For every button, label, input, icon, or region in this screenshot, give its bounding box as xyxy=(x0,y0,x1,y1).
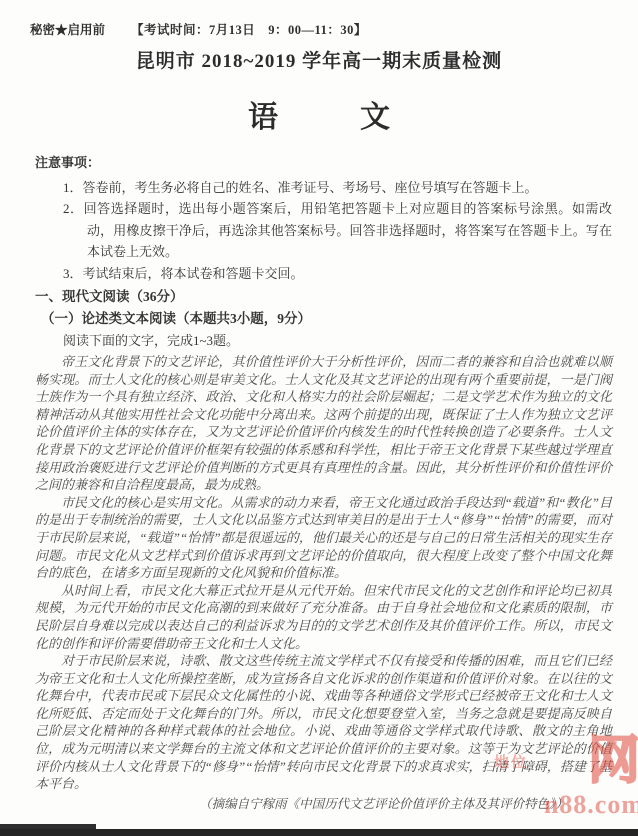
reading-instruction: 阅读下面的文字，完成1~3题。 xyxy=(35,330,612,351)
exam-time-label: 【考试时间：7月13日 9：00—11：30】 xyxy=(131,23,367,37)
notices-block: 注意事项： 1．答卷前，考生务必将自己的姓名、准考证号、考场号、座位号填写在答题… xyxy=(35,152,612,284)
subject-title: 语 文 xyxy=(0,92,638,136)
subsection-heading: （一）论述类文本阅读（本题共3小题，9分） xyxy=(35,308,612,330)
classification-label: 秘密★启用前 xyxy=(30,23,105,37)
page-title: 昆明市 2018~2019 学年高一期末质量检测 xyxy=(0,46,638,73)
reading-section: 一、现代文阅读（36分） （一）论述类文本阅读（本题共3小题，9分） 阅读下面的… xyxy=(35,286,612,812)
passage-paragraph-4: 对于市民阶层来说，诗歌、散文这些传统主流文学样式不仅有接受和传播的困难，而且它们… xyxy=(35,652,612,793)
passage-paragraph-2: 市民文化的核心是实用文化。从需求的动力来看，帝王文化通过政治手段达到“载道”和“… xyxy=(35,494,612,582)
notices-heading: 注意事项： xyxy=(35,152,612,174)
header-meta-row: 秘密★启用前【考试时间：7月13日 9：00—11：30】 xyxy=(30,20,618,38)
notice-item-2: 2．回答选择题时，选出每小题答案后，用铅笔把答题卡上对应题目的答案标号涂黑。如需… xyxy=(35,198,612,263)
scan-edge-bar xyxy=(0,829,638,836)
notice-item-3: 3．考试结束后，将本试卷和答题卡交回。 xyxy=(35,263,612,285)
section-heading: 一、现代文阅读（36分） xyxy=(35,286,612,308)
passage-paragraph-1: 帝王文化背景下的文艺评论，其价值性评价大于分析性评价，因而二者的兼容和自洽也就难… xyxy=(35,353,612,494)
passage-body: 帝王文化背景下的文艺评论，其价值性评价大于分析性评价，因而二者的兼容和自洽也就难… xyxy=(35,353,612,812)
passage-attribution: （摘编自宁稼雨《中国历代文艺评论价值评价主体及其评价特色》） xyxy=(35,794,612,812)
exam-paper-page: 秘密★启用前【考试时间：7月13日 9：00—11：30】 昆明市 2018~2… xyxy=(0,0,638,836)
passage-paragraph-3: 从时间上看，市民文化大幕正式拉开是从元代开始。但宋代市民文化的文艺创作和评论均已… xyxy=(35,582,612,652)
notice-item-1: 1．答卷前，考生务必将自己的姓名、准考证号、考场号、座位号填写在答题卡上。 xyxy=(35,177,612,199)
